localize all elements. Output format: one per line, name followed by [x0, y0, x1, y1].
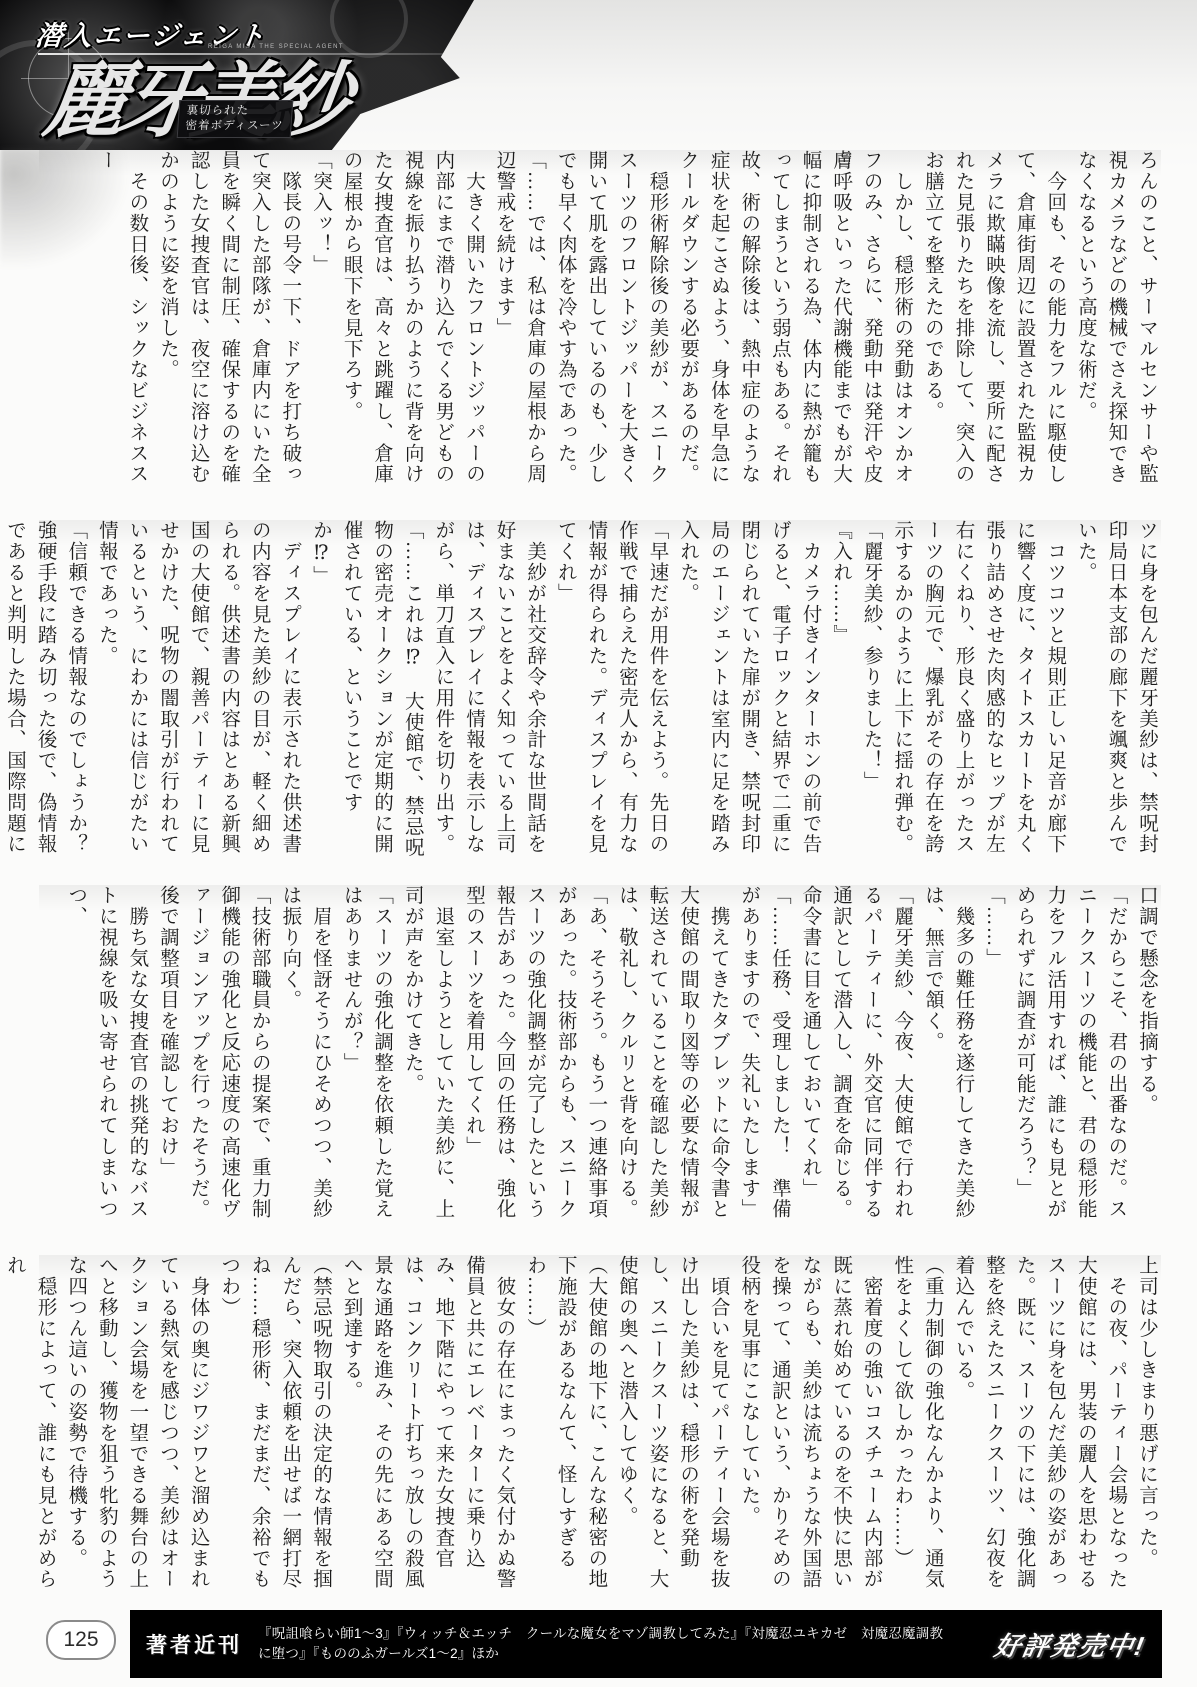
- novel-text-band-1: ろんのこと、サーマルセンサーや監視カメラなどの機械でさえ探知できなくなるという高…: [39, 150, 1161, 488]
- novel-page: 潜入エージェント REIGA MISA THE SPECIAL AGENT 麗牙…: [0, 0, 1197, 1687]
- page-number-badge: 125: [46, 1620, 116, 1660]
- on-sale-now-label: 好評発売中!: [992, 1626, 1149, 1663]
- novel-text-band-4: 上司は少しきまり悪げに言った。 その夜、パーティー会場となった大使館には、男装の…: [39, 1255, 1161, 1593]
- novel-text-band-2: ツに身を包んだ麗牙美紗は、禁呪封印局日本支部の廊下を颯爽と歩んでいた。 コツコツ…: [39, 520, 1161, 858]
- novel-text-band-3: 口調で懸念を指摘する。 「だからこそ、君の出番なのだ。スニークスーツの機能と、君…: [39, 885, 1161, 1223]
- title-logo-block: 潜入エージェント REIGA MISA THE SPECIAL AGENT 麗牙…: [0, 0, 474, 150]
- title-subtitle-badge: 裏切られた 密着ボディスーツ: [177, 100, 294, 138]
- footer-bar: 著者近刊 『呪詛喰らい師1～3』『ウィッチ＆エッチ クールな魔女をマゾ調教してみ…: [130, 1610, 1162, 1678]
- author-recent-works-label: 著者近刊: [146, 1629, 242, 1659]
- author-works-list: 『呪詛喰らい師1～3』『ウィッチ＆エッチ クールな魔女をマゾ調教してみた』『対魔…: [258, 1624, 948, 1665]
